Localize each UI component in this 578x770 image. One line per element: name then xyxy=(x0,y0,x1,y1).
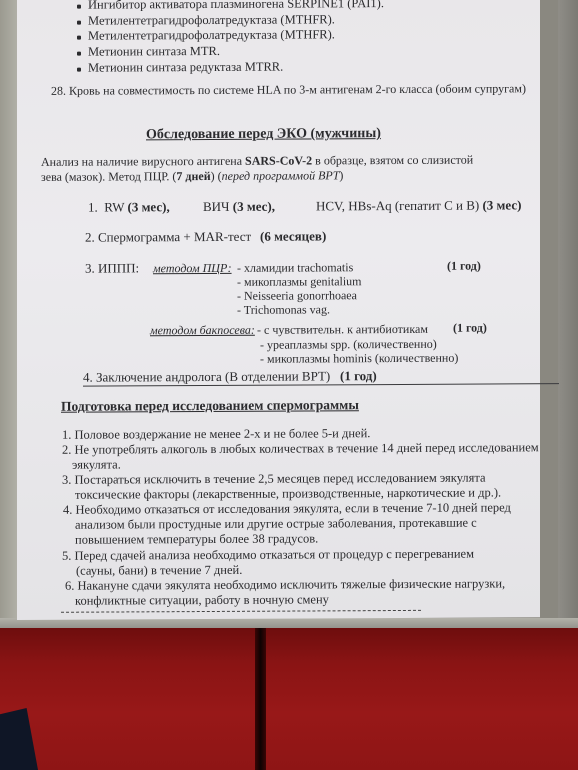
test-rw: RW xyxy=(104,199,127,214)
prep-line: 5. Перед сдачей анализа необходимо отказ… xyxy=(62,547,474,563)
bullet-item: Метионин синтаза редуктаза MTRR. xyxy=(88,60,283,75)
prep-line: (сауны, бани) в течение 7 дней. xyxy=(76,563,242,578)
prep-line: конфликтные ситуации, работу в ночную см… xyxy=(75,592,329,607)
bullet-item: Метилентетрагидрофолатредуктаза (MTHFR). xyxy=(88,12,335,27)
test-hcv: HCV, HBs-Aq (гепатит С и В) (3 мес) xyxy=(316,198,521,213)
section-title-ivf-men: Обследование перед ЭКО (мужчины) xyxy=(146,127,381,142)
culture-method: методом бакпосева: xyxy=(150,323,255,338)
background-right xyxy=(558,0,578,630)
cushion-seam xyxy=(255,628,266,770)
prep-line: 4. Необходимо отказаться от исследования… xyxy=(63,500,511,516)
culture-item: - уреаплазмы spp. (количественно) xyxy=(260,337,437,352)
pcr-item: - Neisseeria gonorrhoaea xyxy=(237,288,357,303)
bullet-item: Метионин синтаза MTR. xyxy=(88,44,220,59)
pcr-method: методом ПЦР: xyxy=(153,261,232,275)
document-page: Ингибитор активатора плазминогена SERPIN… xyxy=(17,0,540,620)
bullet-item: Ингибитор активатора плазминогена SERPIN… xyxy=(88,0,384,12)
culture-item: - микоплазмы hominis (количественно) xyxy=(260,351,458,366)
test-hiv: ВИЧ (3 мес), xyxy=(203,200,275,214)
pcr-item: - Trichomonas vag. xyxy=(237,302,330,316)
prep-line: эякулята. xyxy=(72,457,121,471)
prep-line: 6. Накануне сдачи эякулята необходимо ис… xyxy=(65,576,505,592)
prep-line: токсические факторы (лекарственные, прои… xyxy=(75,485,501,501)
term: (3 мес), xyxy=(233,199,275,214)
bullet-icon xyxy=(77,5,81,9)
section-title-semen-prep: Подготовка перед исследованием спермогра… xyxy=(61,398,359,414)
intro-line-2: зева (мазок). Метод ПЦР. (7 дней) (перед… xyxy=(41,168,343,184)
intro-text: зева (мазок). Метод ПЦР. ( xyxy=(41,169,176,184)
item-1: 1. RW (3 мес), xyxy=(88,200,170,214)
bullet-icon xyxy=(77,52,81,56)
intro-text: ) xyxy=(339,168,343,182)
term: (6 месяцев) xyxy=(260,229,326,243)
pcr-item: - микоплазмы genitalium xyxy=(237,274,362,289)
bullet-icon xyxy=(77,21,81,25)
term: 7 дней xyxy=(176,169,210,183)
item-4: 4. Заключение андролога (В отделении ВРТ… xyxy=(83,369,377,385)
red-surface xyxy=(0,628,578,770)
intro-note: перед программой ВРТ xyxy=(222,168,340,183)
intro-text: Анализ на наличие вирусного антигена xyxy=(41,154,245,169)
term: (3 мес) xyxy=(482,197,521,212)
intro-text: в образце, взятом со слизистой xyxy=(312,153,473,168)
item-number: 1. xyxy=(88,200,98,215)
pcr-item: - хламидии trachomatis xyxy=(237,260,353,275)
dashed-separator xyxy=(61,610,421,613)
item-3-label: 3. ИППП: xyxy=(85,261,139,275)
prep-line: 1. Половое воздержание не менее 2-х и не… xyxy=(62,426,370,442)
culture-item: - с чувствительн. к антибиотикам xyxy=(257,322,428,337)
intro-text: ) ( xyxy=(211,169,222,183)
item-28: 28. Кровь на совместимость по системе HL… xyxy=(51,81,526,97)
prep-line: повышением температуры более 38 градусов… xyxy=(75,531,318,546)
prep-line: 3. Постараться исключить в течение 2,5 м… xyxy=(62,471,486,487)
term: (1 год) xyxy=(447,259,481,273)
intro-line-1: Анализ на наличие вирусного антигена SAR… xyxy=(41,153,473,169)
virus-name: SARS-CoV-2 xyxy=(245,153,312,167)
term: (3 мес), xyxy=(128,199,170,214)
bullet-icon xyxy=(77,36,81,40)
term: (1 год) xyxy=(453,321,487,335)
item-2: 2. Спермограмма + MAR-тест xyxy=(85,230,251,245)
term: (1 год) xyxy=(340,368,377,383)
bullet-icon xyxy=(77,68,81,72)
prep-line: 2. Не употреблять алкоголь в любых колич… xyxy=(62,440,539,456)
bullet-item: Метилентетрагидрофолатредуктаза (MTHFR). xyxy=(88,27,335,42)
prep-line: анализом были простудные или другие остр… xyxy=(75,516,477,532)
